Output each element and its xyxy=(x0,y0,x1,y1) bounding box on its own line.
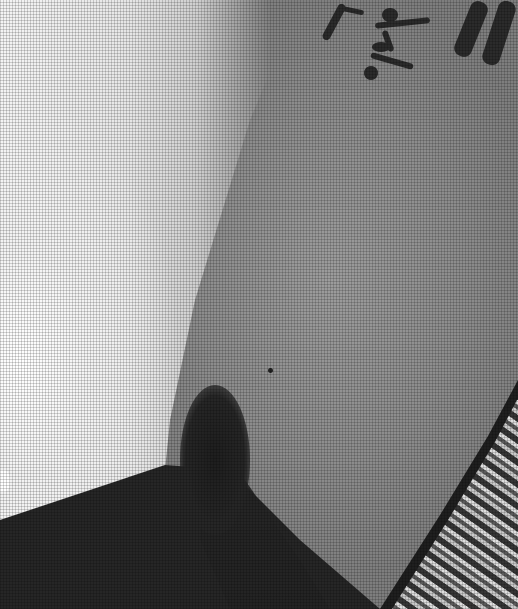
small-dark-dot xyxy=(268,368,273,373)
ink-stroke xyxy=(364,66,378,80)
bright-highlight-spot xyxy=(0,470,10,492)
ink-stroke xyxy=(372,42,390,52)
halftone-photo xyxy=(0,0,518,609)
dark-shadow-blob xyxy=(180,385,250,535)
